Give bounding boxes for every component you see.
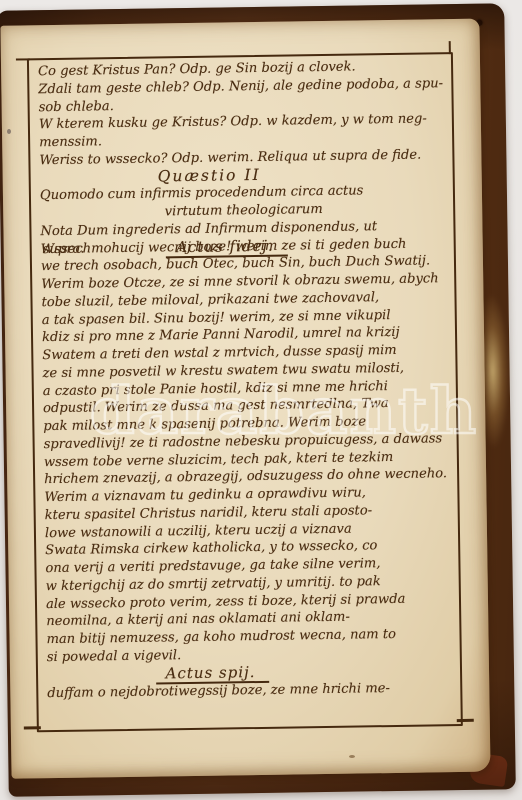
manuscript-line: supra. [43, 240, 85, 258]
photo-backdrop: Co gest Kristus Pan? Odp. ge Sin bozij a… [0, 0, 522, 800]
frame-overshoot-tick [16, 58, 30, 61]
manuscript-text: Co gest Kristus Pan? Odp. ge Sin bozij a… [36, 57, 456, 703]
book-cover: Co gest Kristus Pan? Odp. ge Sin bozij a… [0, 3, 516, 796]
ink-frame: Co gest Kristus Pan? Odp. ge Sin bozij a… [27, 52, 463, 732]
manuscript-heading: Actus fidej. [166, 237, 288, 259]
frame-overshoot-tick [24, 726, 41, 729]
ink-speck [349, 755, 355, 758]
manuscript-heading: Actus spij. [155, 662, 269, 684]
dust-speck [7, 129, 11, 134]
manuscript-page: Co gest Kristus Pan? Odp. ge Sin bozij a… [0, 19, 490, 779]
frame-overshoot-tick [457, 719, 474, 722]
frame-overshoot-tick [449, 41, 452, 54]
